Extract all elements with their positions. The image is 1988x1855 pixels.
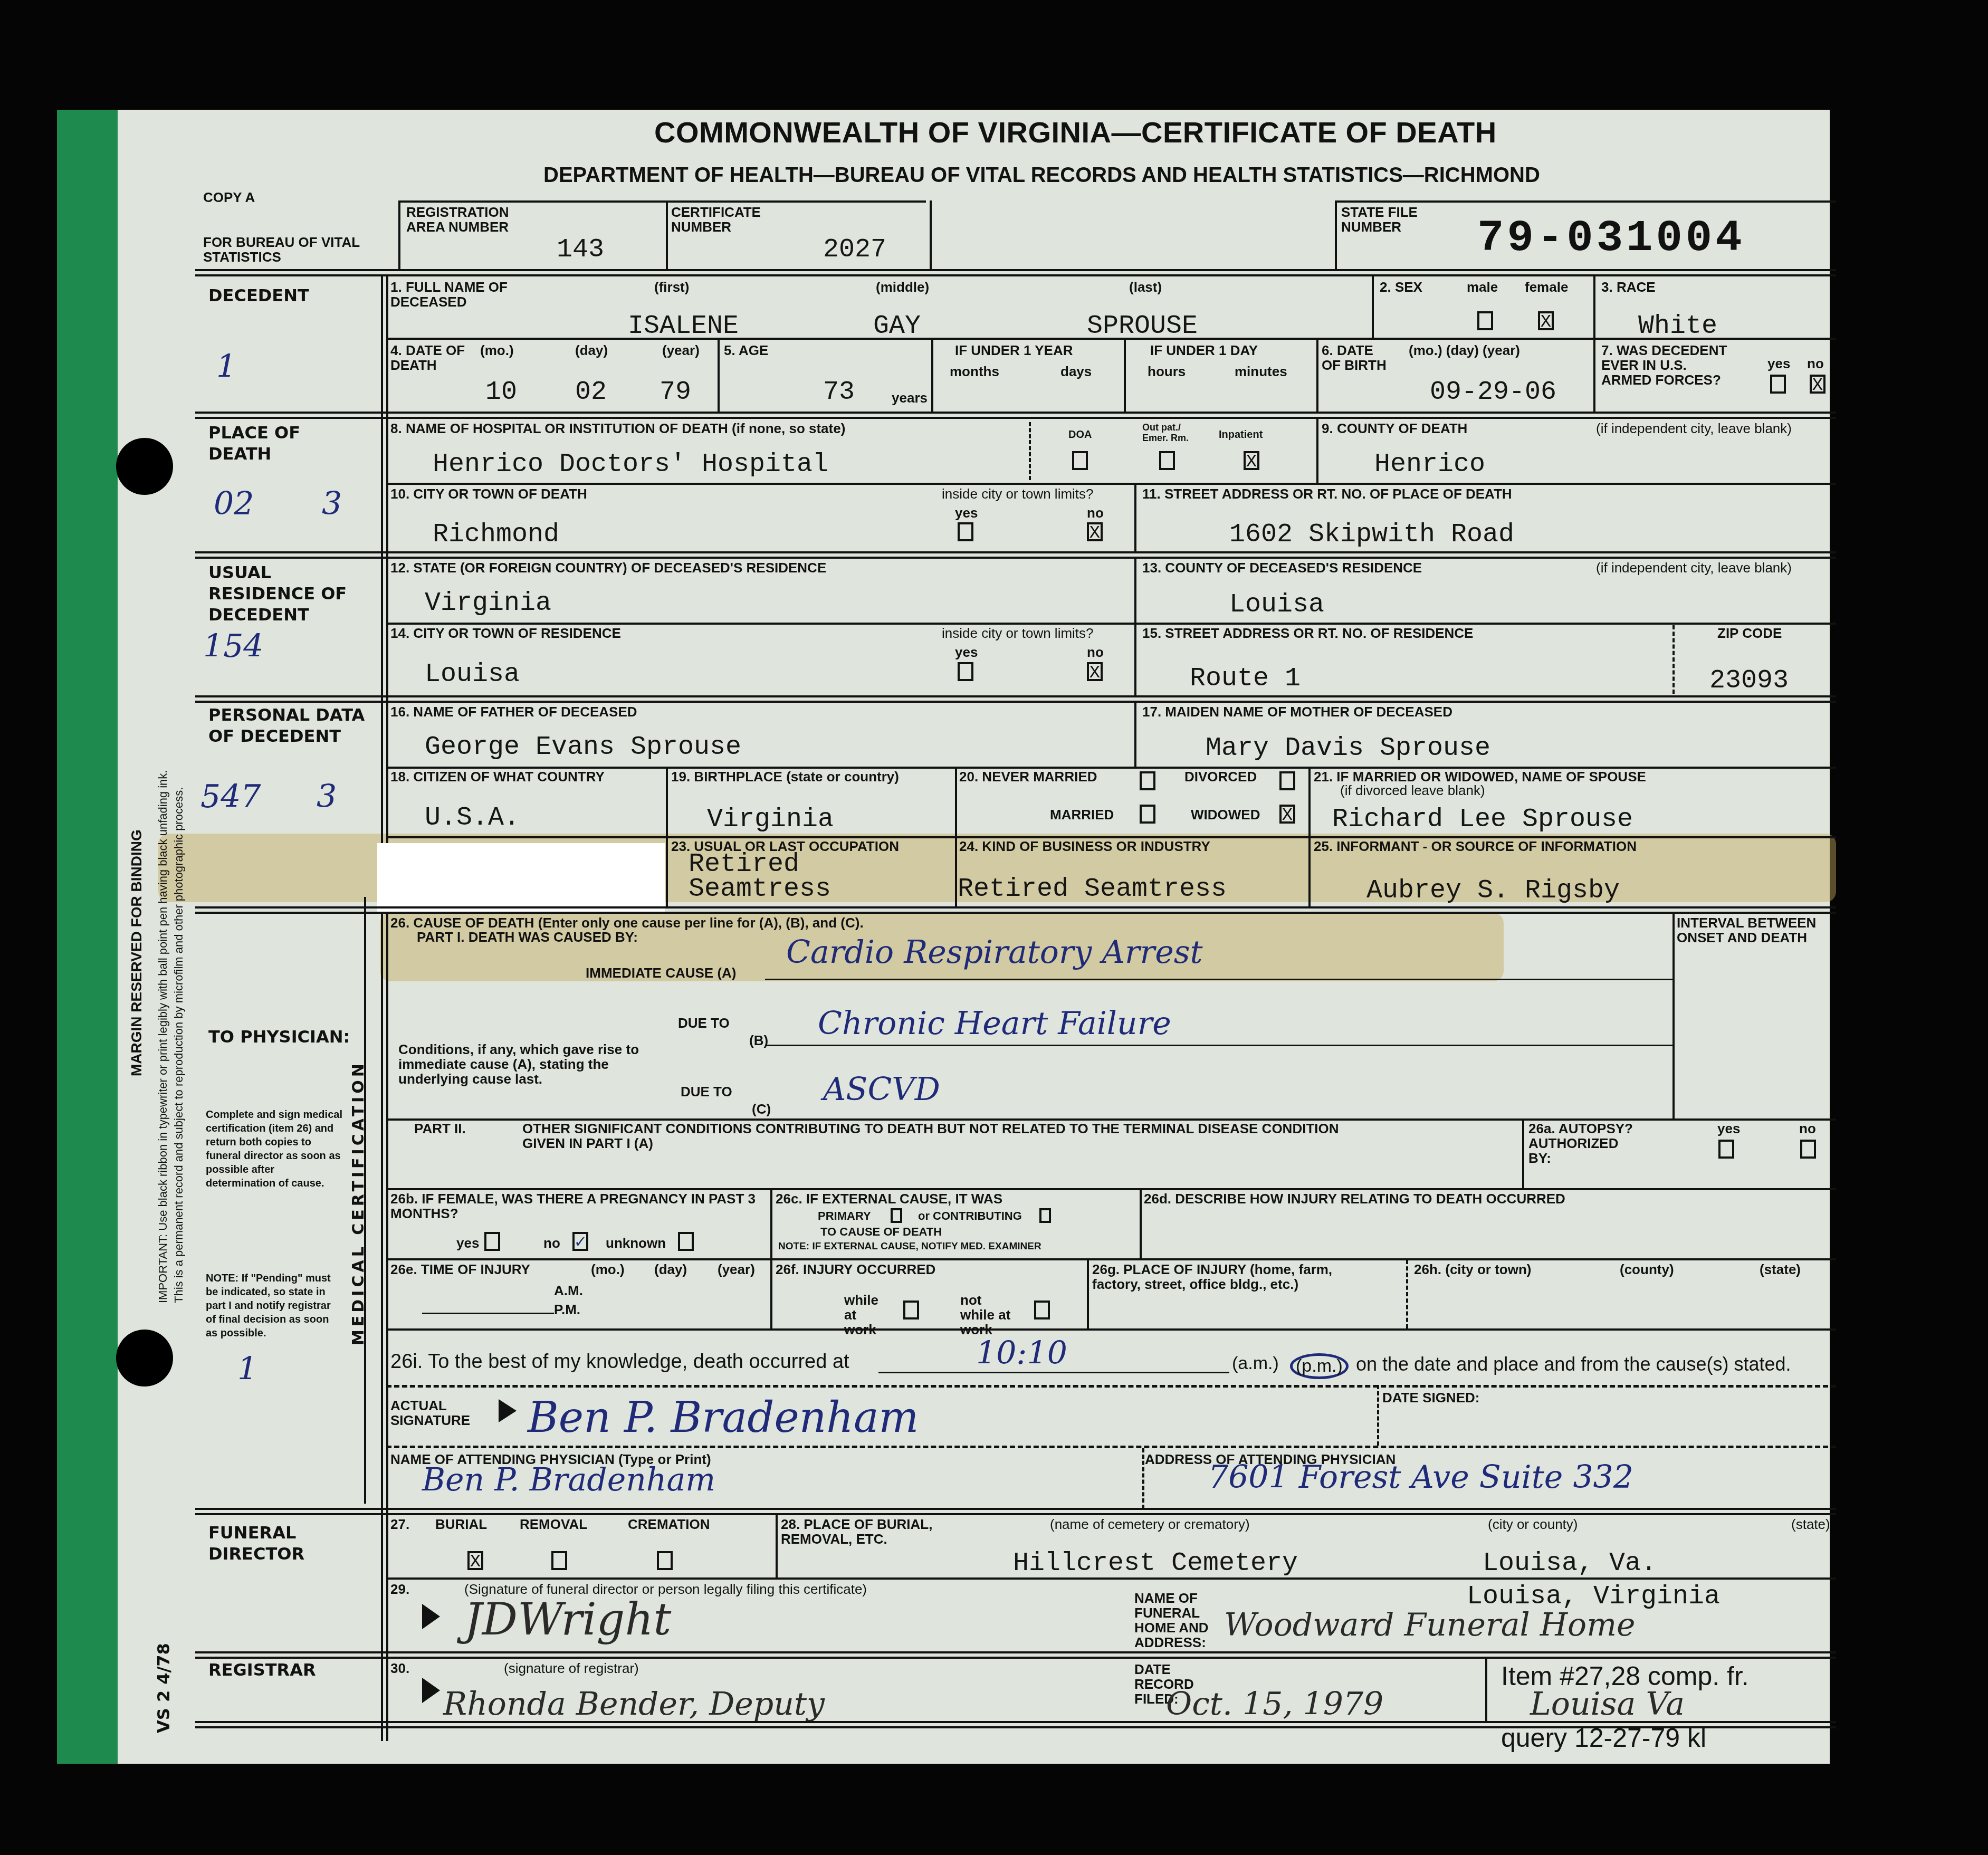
- inpatient-checkbox[interactable]: X: [1244, 451, 1259, 470]
- minutes-label: minutes: [1235, 364, 1287, 379]
- funeral-signature-arrow-icon: [422, 1604, 440, 1629]
- county-of-death-label: 9. COUNTY OF DEATH: [1322, 421, 1467, 436]
- race-label: 3. RACE: [1601, 280, 1656, 294]
- death-limits-no-checkbox[interactable]: X: [1087, 522, 1103, 541]
- date-of-death-label: 4. DATE OF DEATH: [390, 343, 475, 372]
- physician-code: 1: [237, 1351, 257, 1388]
- injury-day-label: (day): [654, 1262, 687, 1277]
- place-of-burial-label: 28. PLACE OF BURIAL, REMOVAL, ETC.: [781, 1517, 955, 1546]
- pregnancy-no-label: no: [543, 1236, 560, 1250]
- residence-street-value: Route 1: [1190, 664, 1301, 694]
- residence-city-label: 14. CITY OR TOWN OF RESIDENCE: [390, 626, 621, 640]
- signature-arrow-icon: [499, 1399, 517, 1422]
- citizen-label: 18. CITIZEN OF WHAT COUNTRY: [390, 769, 605, 784]
- death-time-value: 10:10: [976, 1335, 1067, 1372]
- injury-year-label: (year): [718, 1262, 755, 1277]
- hospital-value: Henrico Doctors' Hospital: [433, 450, 828, 480]
- important-note-1: IMPORTANT: Use black ribbon in typewrite…: [156, 770, 170, 1303]
- pregnancy-yes-checkbox[interactable]: [484, 1232, 500, 1251]
- years-label: years: [892, 390, 928, 405]
- registrar-signature-label: (signature of registrar): [504, 1661, 639, 1676]
- pending-note: NOTE: If "Pending" must be indicated, so…: [206, 1271, 343, 1340]
- external-cause-label: 26c. IF EXTERNAL CAUSE, IT WAS: [776, 1191, 1002, 1206]
- registration-area-value: 143: [557, 235, 604, 265]
- city-limits-label: inside city or town limits?: [942, 626, 1094, 640]
- removal-label: REMOVAL: [520, 1517, 587, 1532]
- zip-value: 23093: [1709, 666, 1789, 696]
- part1-label: PART I. DEATH WAS CAUSED BY:: [417, 930, 638, 944]
- dob-value: 09-29-06: [1430, 377, 1556, 407]
- dob-label: 6. DATE OF BIRTH: [1322, 343, 1396, 372]
- cremation-label: CREMATION: [628, 1517, 710, 1532]
- form-code: VS 2 4/78: [153, 1643, 174, 1733]
- registrar-signature-arrow-icon: [422, 1678, 440, 1703]
- binding-margin-label: MARGIN RESERVED FOR BINDING: [129, 829, 144, 1076]
- armed-yes-label: yes: [1767, 356, 1790, 371]
- not-while-at-work-checkbox[interactable]: [1034, 1301, 1050, 1319]
- pregnancy-yes-label: yes: [456, 1236, 479, 1250]
- funeral-director-signature: JDWright: [464, 1593, 671, 1645]
- sex-female-checkbox[interactable]: X: [1538, 311, 1554, 330]
- section-personal-data: PERSONAL DATA OF DECEDENT: [208, 704, 367, 747]
- part2-text: OTHER SIGNIFICANT CONDITIONS CONTRIBUTIN…: [522, 1121, 1366, 1151]
- dod-year: 79: [660, 377, 691, 407]
- doa-checkbox[interactable]: [1072, 451, 1088, 470]
- query-note: query 12-27-79 kl: [1501, 1723, 1706, 1753]
- personal-code-1: 547: [200, 778, 261, 815]
- first-label: (first): [654, 280, 689, 294]
- medical-certification-label: MEDICAL CERTIFICATION: [348, 1060, 369, 1345]
- pregnancy-unknown-label: unknown: [606, 1236, 666, 1250]
- place-street-label: 11. STREET ADDRESS OR RT. NO. OF PLACE O…: [1142, 486, 1512, 501]
- never-married-checkbox[interactable]: [1140, 771, 1155, 790]
- birthplace-value: Virginia: [707, 805, 834, 835]
- armed-no-label: no: [1807, 356, 1824, 371]
- residence-county-value: Louisa: [1229, 590, 1324, 620]
- mother-value: Mary Davis Sprouse: [1206, 733, 1490, 763]
- county-of-death-value: Henrico: [1374, 450, 1485, 480]
- pregnancy-label: 26b. IF FEMALE, WAS THERE A PREGNANCY IN…: [390, 1191, 760, 1221]
- disposition-number: 27.: [390, 1517, 409, 1532]
- burial-state-label: (state): [1791, 1517, 1830, 1532]
- armed-no-checkbox[interactable]: X: [1810, 375, 1825, 394]
- cause-b-value: Chronic Heart Failure: [818, 1005, 1171, 1042]
- middle-name: GAY: [873, 311, 921, 341]
- dod-mo-label: (mo.): [480, 343, 514, 358]
- occupation-line-2: Seamtress: [689, 874, 831, 904]
- primary-checkbox[interactable]: [891, 1208, 902, 1223]
- funeral-signature-number: 29.: [390, 1582, 409, 1596]
- section-place-of-death: PLACE OF DEATH: [208, 422, 367, 464]
- widowed-checkbox[interactable]: X: [1279, 805, 1295, 824]
- section-funeral-director: FUNERAL DIRECTOR: [208, 1522, 367, 1564]
- divorced-label: DIVORCED: [1184, 769, 1257, 784]
- am-label: A.M.: [554, 1283, 583, 1298]
- city-of-death-label: 10. CITY OR TOWN OF DEATH: [390, 486, 587, 501]
- limits-yes-label: yes: [955, 505, 978, 520]
- external-note: NOTE: IF EXTERNAL CAUSE, NOTIFY MED. EXA…: [778, 1241, 1041, 1252]
- interval-label: INTERVAL BETWEEN ONSET AND DEATH: [1677, 915, 1835, 945]
- pregnancy-unknown-checkbox[interactable]: [678, 1232, 694, 1251]
- green-binding-strip: [57, 110, 118, 1764]
- redacted-ssn: [377, 843, 665, 913]
- last-name: SPROUSE: [1087, 311, 1198, 341]
- death-time-statement-end: on the date and place and from the cause…: [1356, 1353, 1791, 1375]
- pm-option-circled: (p.m.): [1290, 1353, 1349, 1379]
- immediate-cause-label: IMMEDIATE CAUSE (A): [586, 965, 737, 980]
- residence-street-label: 15. STREET ADDRESS OR RT. NO. OF RESIDEN…: [1142, 626, 1473, 640]
- while-at-work-checkbox[interactable]: [903, 1301, 919, 1319]
- due-to-c-label: DUE TO: [681, 1084, 732, 1099]
- outpatient-checkbox[interactable]: [1159, 451, 1175, 470]
- limits-no-label: no: [1087, 645, 1104, 659]
- physician-signature: Ben P. Bradenham: [528, 1393, 919, 1442]
- autopsy-label: 26a. AUTOPSY? AUTHORIZED BY:: [1528, 1121, 1645, 1165]
- certificate-number-value: 2027: [823, 235, 886, 265]
- informant-value: Aubrey S. Rigsby: [1366, 876, 1620, 906]
- injury-county-label: (county): [1620, 1262, 1674, 1277]
- birthplace-label: 19. BIRTHPLACE (state or country): [671, 769, 899, 784]
- residence-state-value: Virginia: [425, 588, 551, 618]
- limits-no-label: no: [1087, 505, 1104, 520]
- page-subtitle: DEPARTMENT OF HEALTH—BUREAU OF VITAL REC…: [543, 164, 1540, 187]
- contributing-checkbox[interactable]: [1039, 1208, 1051, 1223]
- independent-city-note: (if independent city, leave blank): [1596, 560, 1792, 575]
- injury-occurred-label: 26f. INJURY OCCURRED: [776, 1262, 935, 1277]
- hours-label: hours: [1148, 364, 1186, 379]
- cause-of-death-label: 26. CAUSE OF DEATH (Enter only one cause…: [390, 915, 864, 930]
- place-of-injury-label: 26g. PLACE OF INJURY (home, farm, factor…: [1092, 1262, 1366, 1292]
- spouse-value: Richard Lee Sprouse: [1332, 805, 1633, 835]
- section-to-physician: TO PHYSICIAN:: [208, 1026, 367, 1047]
- due-to-b-label: DUE TO: [678, 1016, 730, 1030]
- dod-year-label: (year): [662, 343, 700, 358]
- race-value: White: [1638, 311, 1717, 341]
- married-checkbox[interactable]: [1140, 805, 1155, 824]
- informant-label: 25. INFORMANT - OR SOURCE OF INFORMATION: [1314, 839, 1637, 854]
- residence-limits-yes-checkbox[interactable]: [958, 662, 973, 681]
- state-file-number: 79-031004: [1477, 214, 1745, 264]
- residence-city-value: Louisa: [425, 659, 520, 690]
- bureau-label: FOR BUREAU OF VITAL STATISTICS: [203, 235, 361, 264]
- funeral-home-label: NAME OF FUNERAL HOME AND ADDRESS:: [1134, 1591, 1224, 1650]
- autopsy-yes-checkbox[interactable]: [1718, 1140, 1734, 1159]
- residence-county-label: 13. COUNTY OF DECEASED'S RESIDENCE: [1142, 560, 1422, 575]
- death-limits-yes-checkbox[interactable]: [958, 522, 973, 541]
- physician-address-value: 7601 Forest Ave Suite 332: [1208, 1459, 1633, 1496]
- sex-label: 2. SEX: [1380, 280, 1422, 294]
- injury-state-label: (state): [1760, 1262, 1801, 1277]
- registration-area-label: REGISTRATION AREA NUMBER: [406, 205, 543, 234]
- important-note-2: This is a permanent record and subject t…: [171, 787, 186, 1303]
- father-label: 16. NAME OF FATHER OF DECEASED: [390, 704, 637, 719]
- months-label: months: [950, 364, 999, 379]
- mother-label: 17. MAIDEN NAME OF MOTHER OF DECEASED: [1142, 704, 1452, 719]
- state-file-label: STATE FILE NUMBER: [1341, 205, 1447, 234]
- injury-city-label: 26h. (city or town): [1414, 1262, 1531, 1277]
- personal-code-2: 3: [317, 778, 337, 815]
- spouse-note: (if divorced leave blank): [1340, 783, 1485, 798]
- city-of-death-value: Richmond: [433, 520, 559, 550]
- decedent-code: 1: [216, 348, 236, 385]
- physician-instructions: Complete and sign medical certification …: [206, 1108, 343, 1190]
- armed-forces-label: 7. WAS DECEDENT EVER IN U.S. ARMED FORCE…: [1601, 343, 1738, 387]
- section-decedent: DECEDENT: [208, 285, 309, 306]
- business-label: 24. KIND OF BUSINESS OR INDUSTRY: [959, 839, 1210, 854]
- death-time-statement: 26i. To the best of my knowledge, death …: [390, 1351, 849, 1373]
- residence-limits-no-checkbox[interactable]: X: [1087, 662, 1103, 681]
- dod-month: 10: [485, 377, 517, 407]
- time-of-injury-label: 26e. TIME OF INJURY: [390, 1262, 530, 1277]
- page-title: COMMONWEALTH OF VIRGINIA—CERTIFICATE OF …: [654, 115, 1497, 149]
- injury-mo-label: (mo.): [591, 1262, 625, 1277]
- citizen-value: U.S.A.: [425, 803, 520, 833]
- date-signed-label: DATE SIGNED:: [1382, 1390, 1479, 1405]
- contributing-label: or CONTRIBUTING: [918, 1209, 1022, 1223]
- under-day-label: IF UNDER 1 DAY: [1150, 343, 1258, 358]
- autopsy-no-label: no: [1799, 1121, 1816, 1136]
- age-value: 73: [823, 377, 855, 407]
- armed-yes-checkbox[interactable]: [1770, 375, 1786, 394]
- married-label: MARRIED: [1050, 807, 1114, 822]
- female-label: female: [1525, 280, 1568, 294]
- section-usual-residence: USUAL RESIDENCE OF DECEDENT: [208, 562, 367, 625]
- copy-label: COPY A: [203, 190, 255, 205]
- punch-hole: [116, 1330, 173, 1387]
- describe-injury-label: 26d. DESCRIBE HOW INJURY RELATING TO DEA…: [1144, 1191, 1565, 1206]
- middle-label: (middle): [876, 280, 929, 294]
- c-label: (C): [752, 1102, 771, 1116]
- male-label: male: [1467, 280, 1498, 294]
- part2-label: PART II.: [414, 1121, 466, 1136]
- inpatient-label: Inpatient: [1219, 427, 1263, 442]
- limits-yes-label: yes: [955, 645, 978, 659]
- dod-day-label: (day): [575, 343, 608, 358]
- spouse-label: 21. IF MARRIED OR WIDOWED, NAME OF SPOUS…: [1314, 769, 1646, 784]
- divorced-checkbox[interactable]: [1279, 771, 1295, 790]
- full-name-label: 1. FULL NAME OF DECEASED: [390, 280, 549, 309]
- physician-name-value: Ben P. Bradenham: [422, 1461, 715, 1498]
- to-cause-label: TO CAUSE OF DEATH: [820, 1225, 942, 1239]
- under-year-label: IF UNDER 1 YEAR: [955, 343, 1073, 358]
- widowed-label: WIDOWED: [1191, 807, 1260, 822]
- conditions-note: Conditions, if any, which gave rise to i…: [398, 1042, 652, 1086]
- cemetery-city-value: Louisa, Va.: [1483, 1548, 1657, 1579]
- section-registrar: REGISTRAR: [208, 1659, 316, 1680]
- autopsy-yes-label: yes: [1717, 1121, 1740, 1136]
- funeral-home-name: Woodward Funeral Home: [1224, 1607, 1636, 1643]
- business-value: Retired Seamtress: [958, 874, 1227, 904]
- burial-checkbox[interactable]: X: [467, 1551, 483, 1570]
- zip-label: ZIP CODE: [1717, 626, 1782, 640]
- primary-label: PRIMARY: [818, 1209, 871, 1223]
- actual-signature-label: ACTUAL SIGNATURE: [390, 1398, 470, 1428]
- place-code-1: 02: [214, 485, 254, 522]
- outpatient-label: Out pat./ Emer. Rm.: [1142, 422, 1190, 443]
- registrar-number: 30.: [390, 1661, 409, 1676]
- punch-hole: [116, 438, 173, 495]
- burial-city-label: (city or county): [1488, 1517, 1578, 1532]
- doa-label: DOA: [1068, 427, 1092, 442]
- registrar-handwritten-note: Louisa Va: [1530, 1686, 1685, 1723]
- registrar-signature: Rhonda Bender, Deputy: [443, 1686, 825, 1723]
- autopsy-no-checkbox[interactable]: [1800, 1140, 1816, 1159]
- dob-sub-label: (mo.) (day) (year): [1409, 343, 1520, 358]
- place-code-2: 3: [322, 485, 342, 522]
- cause-a-value: Cardio Respiratory Arrest: [786, 934, 1203, 971]
- hospital-label: 8. NAME OF HOSPITAL OR INSTITUTION OF DE…: [390, 421, 845, 436]
- date-filed-value: Oct. 15, 1979: [1166, 1686, 1383, 1723]
- city-limits-label: inside city or town limits?: [942, 486, 1094, 501]
- age-label: 5. AGE: [724, 343, 768, 358]
- pregnancy-no-checkbox[interactable]: ✓: [572, 1232, 588, 1251]
- certificate-number-label: CERTIFICATE NUMBER: [671, 205, 777, 234]
- cemetery-value: Hillcrest Cemetery: [1013, 1548, 1298, 1579]
- burial-label: BURIAL: [435, 1517, 487, 1532]
- residence-state-label: 12. STATE (OR FOREIGN COUNTRY) OF DECEAS…: [390, 560, 826, 575]
- removal-checkbox[interactable]: [551, 1551, 567, 1570]
- cremation-checkbox[interactable]: [657, 1551, 673, 1570]
- independent-city-note: (if independent city, leave blank): [1596, 421, 1792, 436]
- father-value: George Evans Sprouse: [425, 732, 741, 762]
- cause-c-value: ASCVD: [823, 1071, 940, 1108]
- pm-label: P.M.: [554, 1302, 580, 1317]
- am-option: (a.m.): [1232, 1353, 1279, 1374]
- first-name: ISALENE: [628, 311, 739, 341]
- place-street-value: 1602 Skipwith Road: [1229, 520, 1514, 550]
- cemetery-label: (name of cemetery or crematory): [1050, 1517, 1250, 1532]
- days-label: days: [1060, 364, 1092, 379]
- dod-day: 02: [575, 377, 607, 407]
- residence-code: 154: [203, 628, 264, 665]
- last-label: (last): [1129, 280, 1162, 294]
- never-married-label: 20. NEVER MARRIED: [959, 769, 1097, 784]
- sex-male-checkbox[interactable]: [1477, 311, 1493, 330]
